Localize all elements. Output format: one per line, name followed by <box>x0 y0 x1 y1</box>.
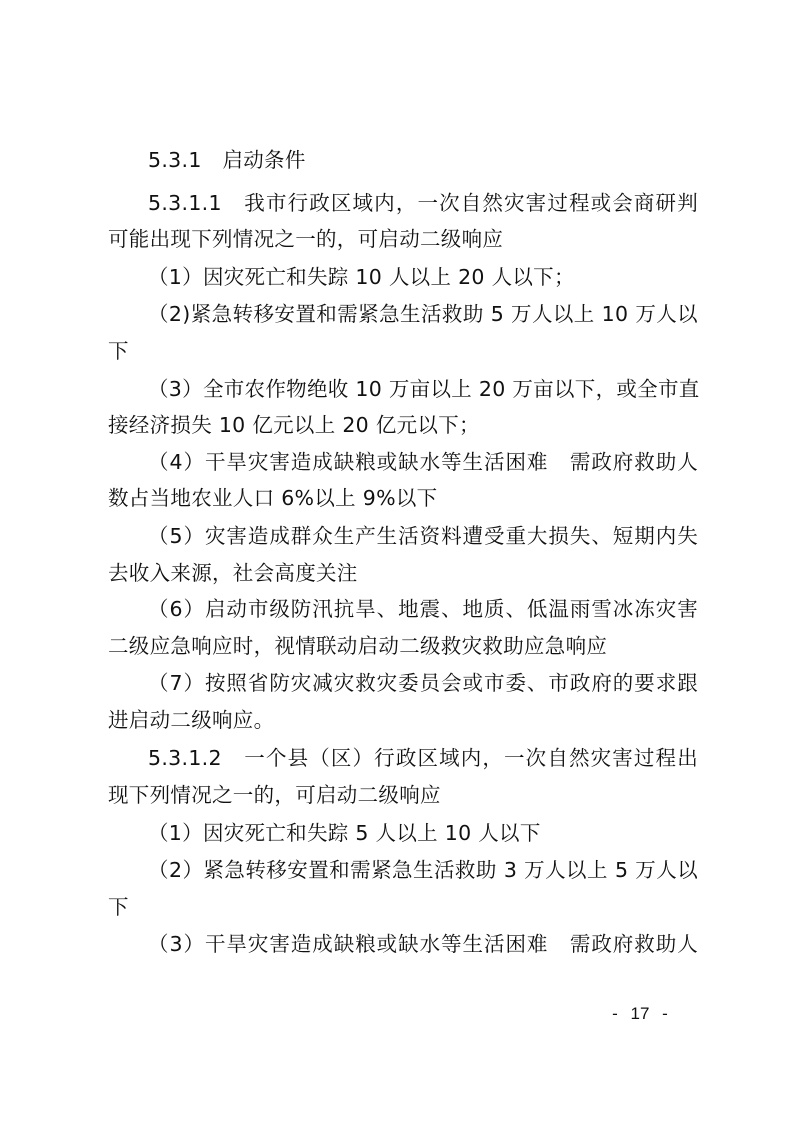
list-item-7: （7）按照省防灾减灾救灾委员会或市委、市政府的要求跟 <box>148 670 698 696</box>
paragraph-line: 可能出现下列情况之一的，可启动二级响应 <box>108 226 698 252</box>
list-item-3: （3）全市农作物绝收 10 万亩以上 20 万亩以下，或全市直 <box>148 376 698 402</box>
paragraph-line: 去收入来源，社会高度关注 <box>108 560 698 586</box>
list-item-6: （6）启动市级防汛抗旱、地震、地质、低温雨雪冰冻灾害 <box>148 596 698 622</box>
paragraph-line: 下 <box>108 338 698 364</box>
document-page: 5.3.1 启动条件 5.3.1.1 我市行政区域内，一次自然灾害过程或会商研判… <box>0 0 793 1122</box>
list-item-1: （1）因灾死亡和失踪 5 人以上 10 人以下 <box>148 820 698 846</box>
section-heading-5-3-1: 5.3.1 启动条件 <box>148 147 698 173</box>
paragraph-line: 二级应急响应时，视情联动启动二级救灾救助应急响应 <box>108 633 698 659</box>
paragraph-line: 进启动二级响应。 <box>108 707 698 733</box>
paragraph-line: 数占当地农业人口 6%以上 9%以下 <box>108 485 698 511</box>
paragraph-line: 接经济损失 10 亿元以上 20 亿元以下； <box>108 412 698 438</box>
list-item-5: （5）灾害造成群众生产生活资料遭受重大损失、短期内失 <box>148 523 698 549</box>
page-number: - 17 - <box>600 1004 680 1024</box>
list-item-2: （2)紧急转移安置和需紧急生活救助 5 万人以上 10 万人以 <box>148 301 698 327</box>
paragraph-line: 现下列情况之一的，可启动二级响应 <box>108 782 698 808</box>
paragraph-line: 下 <box>108 894 698 920</box>
list-item-2: （2）紧急转移安置和需紧急生活救助 3 万人以上 5 万人以 <box>148 857 698 883</box>
paragraph-5-3-1-1: 5.3.1.1 我市行政区域内，一次自然灾害过程或会商研判 <box>148 190 698 216</box>
list-item-4: （4）干旱灾害造成缺粮或缺水等生活困难 需政府救助人 <box>148 449 698 475</box>
list-item-3: （3）干旱灾害造成缺粮或缺水等生活困难 需政府救助人 <box>148 931 698 957</box>
list-item-1: （1）因灾死亡和失踪 10 人以上 20 人以下； <box>148 264 698 290</box>
paragraph-5-3-1-2: 5.3.1.2 一个县（区）行政区域内，一次自然灾害过程出 <box>148 745 698 771</box>
